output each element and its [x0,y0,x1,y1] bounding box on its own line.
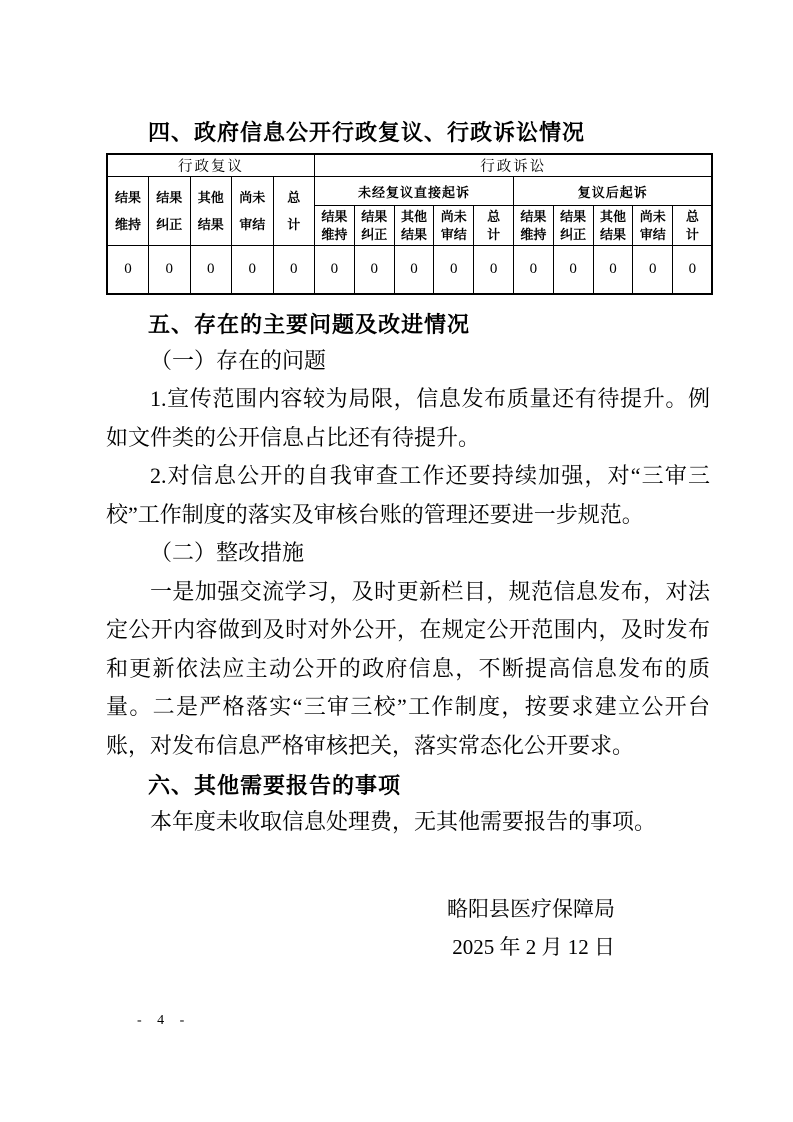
col-header: 尚未 审结 [633,206,673,246]
section5-sub1-title: （一）存在的问题 [106,342,710,381]
table-cell: 0 [190,246,232,294]
signature-block: 略阳县医疗保障局 2025 年 2 月 12 日 [106,890,710,967]
review-litigation-table: 行政复议 行政诉讼 结果 维持 结果 纠正 其他 结果 尚未 审结 总 计 未经… [106,153,713,295]
table-cell: 0 [434,246,474,294]
table-cell: 0 [107,246,149,294]
document-page: 四、政府信息公开行政复议、行政诉讼情况 行政复议 行政诉讼 结果 维持 结果 纠… [0,0,793,1122]
section5-sub2-title: （二）整改措施 [106,534,710,573]
section5-para1: 1.宣传范围内容较为局限，信息发布质量还有待提升。例如文件类的公开信息占比还有待… [106,380,710,457]
table-cell: 0 [593,246,633,294]
table-cell: 0 [149,246,191,294]
section4-heading: 四、政府信息公开行政复议、行政诉讼情况 [106,116,710,150]
col-header: 结果 纠正 [553,206,593,246]
section6-para: 本年度未收取信息处理费，无其他需要报告的事项。 [106,803,710,842]
sub-group-after-review-suit: 复议后起诉 [513,177,712,206]
table-cell: 0 [394,246,434,294]
table-cell: 0 [474,246,514,294]
signature-org: 略阳县医疗保障局 [106,890,615,929]
table-row: 行政复议 行政诉讼 [107,154,712,177]
col-group-review: 行政复议 [107,154,315,177]
signature-date: 2025 年 2 月 12 日 [106,928,615,967]
col-header: 结果 纠正 [354,206,394,246]
col-group-litigation: 行政诉讼 [315,154,713,177]
col-header: 其他 结果 [394,206,434,246]
table-cell: 0 [273,246,315,294]
col-header: 总 计 [673,206,713,246]
section5-heading: 五、存在的主要问题及改进情况 [106,308,710,342]
col-header: 尚未 审结 [434,206,474,246]
section6-heading: 六、其他需要报告的事项 [106,769,710,803]
table-cell: 0 [513,246,553,294]
col-header: 总 计 [474,206,514,246]
col-header: 尚未 审结 [232,177,274,246]
page-number: - 4 - [137,1013,710,1029]
col-header: 结果 维持 [513,206,553,246]
col-header: 总 计 [273,177,315,246]
table-cell: 0 [673,246,713,294]
table-values-row: 0 0 0 0 0 0 0 0 0 0 0 0 0 0 0 [107,246,712,294]
sub-group-direct-suit: 未经复议直接起诉 [315,177,514,206]
table-row: 结果 维持 结果 纠正 其他 结果 尚未 审结 总 计 未经复议直接起诉 复议后… [107,177,712,206]
col-header: 结果 维持 [315,206,355,246]
col-header: 其他 结果 [593,206,633,246]
col-header: 结果 纠正 [149,177,191,246]
col-header: 其他 结果 [190,177,232,246]
table-cell: 0 [553,246,593,294]
table-cell: 0 [232,246,274,294]
col-header: 结果 维持 [107,177,149,246]
section5-para2: 2.对信息公开的自我审查工作还要持续加强，对“三审三校”工作制度的落实及审核台账… [106,457,710,534]
section5-para3: 一是加强交流学习，及时更新栏目，规范信息发布，对法定公开内容做到及时对外公开，在… [106,573,710,766]
table-cell: 0 [315,246,355,294]
table-cell: 0 [354,246,394,294]
table-cell: 0 [633,246,673,294]
